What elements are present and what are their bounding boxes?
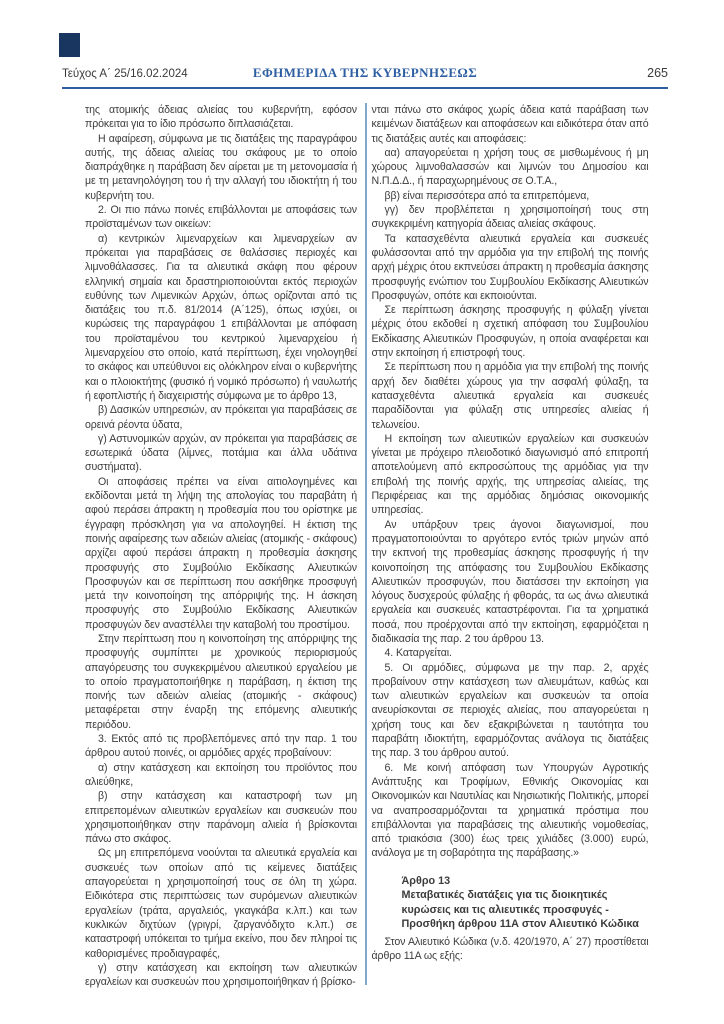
paragraph: Η εκποίηση των αλιευτικών εργαλείων και … [372, 432, 649, 518]
paragraph: Ως μη επιτρεπόμενα νοούνται τα αλιευτικά… [85, 846, 357, 960]
paragraph: 3. Εκτός από τις προβλεπόμενες από την π… [85, 732, 357, 761]
paragraph: α) κεντρικών λιμεναρχείων και λιμεναρχεί… [85, 232, 357, 404]
paragraph: 4. Καταργείται. [372, 646, 649, 660]
page-header: Τεύχος Α΄ 25/16.02.2024 ΕΦΗΜΕΡΙΔΑ ΤΗΣ ΚΥ… [62, 65, 668, 81]
corner-registration-mark [59, 33, 80, 57]
paragraph: Οι αποφάσεις πρέπει να είναι αιτιολογημέ… [85, 475, 357, 632]
paragraph: γγ) δεν προβλέπεται η χρησιμοποίησή τους… [372, 203, 649, 232]
paragraph: ββ) είναι περισσότερα από τα επιτρεπόμεν… [372, 189, 649, 203]
right-column: νται πάνω στο σκάφος χωρίς άδεια κατά πα… [372, 103, 649, 963]
paragraph: Η αφαίρεση, σύμφωνα με τις διατάξεις της… [85, 132, 357, 203]
paragraph: νται πάνω στο σκάφος χωρίς άδεια κατά πα… [372, 103, 649, 146]
paragraph: α) στην κατάσχεση και εκποίηση του προϊό… [85, 761, 357, 790]
paragraph: Σε περίπτωση άσκησης προσφυγής η φύλαξη … [372, 303, 649, 360]
paragraph: Στην περίπτωση που η κοινοποίηση της από… [85, 632, 357, 732]
article-title-line: Μεταβατικές διατάξεις για τις διοικητικέ… [402, 888, 649, 903]
paragraph: β) Δασικών υπηρεσιών, αν πρόκειται για π… [85, 403, 357, 432]
paragraph: αα) απαγορεύεται η χρήση τους σε μισθωμέ… [372, 146, 649, 189]
masthead-title: ΕΦΗΜΕΡΙΔΑ ΤΗΣ ΚΥΒΕΡΝΗΣΕΩΣ [253, 65, 477, 81]
paragraph: γ) Αστυνομικών αρχών, αν πρόκειται για π… [85, 432, 357, 475]
paragraph: Σε περίπτωση που η αρμόδια για την επιβο… [372, 360, 649, 431]
paragraph: της ατομικής άδειας αλιείας του κυβερνήτ… [85, 103, 357, 132]
paragraph: Αν υπάρξουν τρεις άγονοι διαγωνισμοί, πο… [372, 518, 649, 647]
document-body: της ατομικής άδειας αλιείας του κυβερνήτ… [85, 103, 650, 989]
article-title-line: κυρώσεις και τις αλιευτικές προσφυγές - [402, 903, 649, 918]
gazette-page: { "colors": { "accent_blue": "#2e5fa3", … [0, 0, 724, 1024]
left-column: της ατομικής άδειας αλιείας του κυβερνήτ… [85, 103, 357, 989]
paragraph: β) στην κατάσχεση και καταστροφή των μη … [85, 789, 357, 846]
paragraph: Στον Αλιευτικό Κώδικα (ν.δ. 420/1970, Α΄… [372, 935, 649, 964]
article-heading: Άρθρο 13 Μεταβατικές διατάξεις για τις δ… [402, 874, 649, 932]
paragraph: 2. Οι πιο πάνω ποινές επιβάλλονται με απ… [85, 203, 357, 232]
paragraph: 6. Με κοινή απόφαση των Υπουργών Αγροτικ… [372, 761, 649, 861]
paragraph: 5. Οι αρμόδιες, σύμφωνα με την παρ. 2, α… [372, 661, 649, 761]
issue-label: Τεύχος Α΄ 25/16.02.2024 [62, 68, 253, 80]
page-number: 265 [477, 66, 668, 80]
header-rule [62, 87, 668, 89]
paragraph: γ) στην κατάσχεση και εκποίηση των αλιευ… [85, 961, 357, 990]
article-number: Άρθρο 13 [402, 874, 649, 889]
paragraph: Τα κατασχεθέντα αλιευτικά εργαλεία και σ… [372, 232, 649, 303]
column-separator [365, 103, 367, 985]
article-title-line: Προσθήκη άρθρου 11Α στον Αλιευτικό Κώδικ… [402, 917, 649, 932]
